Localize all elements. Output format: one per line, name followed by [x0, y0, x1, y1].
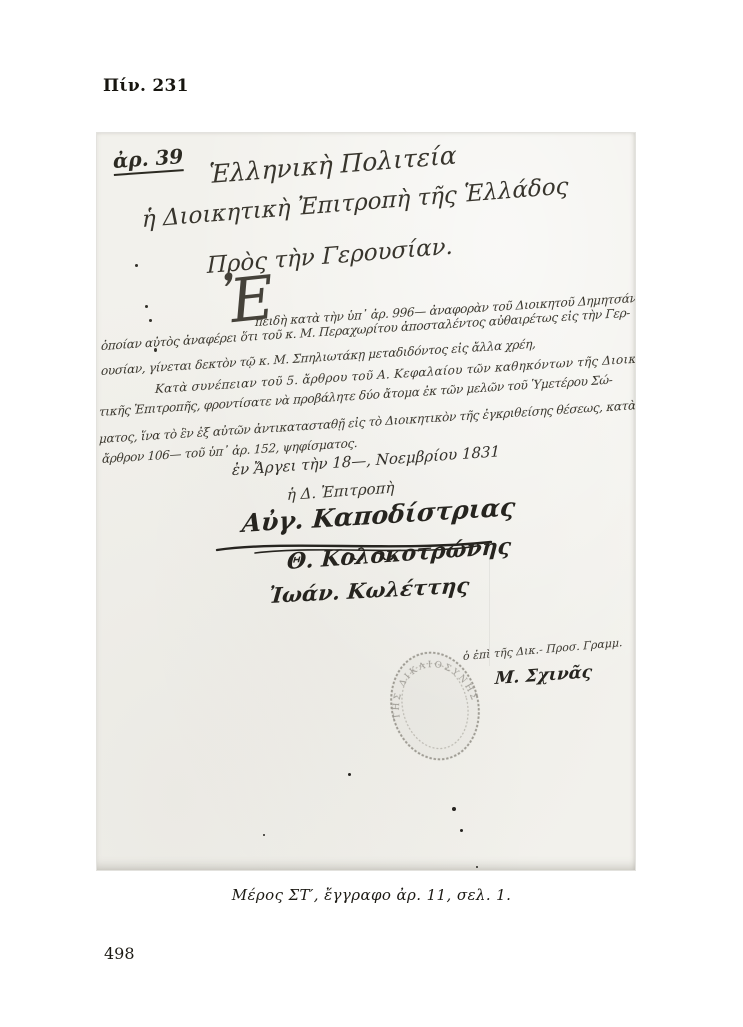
letterhead-committee: ἡ Διοικητικὴ Ἐπιτροπὴ τῆς Ἑλλάδος: [142, 173, 569, 233]
book-page: Πίν. 231 ἀρ. 39 Ἑλληνικὴ Πολιτεία ἡ Διοι…: [0, 0, 743, 1027]
margin-dot: [149, 319, 152, 322]
ink-speck: [452, 807, 456, 811]
page-number: 498: [104, 944, 135, 963]
doc-number: ἀρ. 39: [112, 144, 184, 176]
ink-speck: [460, 829, 463, 832]
ink-speck: [348, 773, 351, 776]
paper-crease: [489, 541, 490, 666]
plate-label: Πίν. 231: [103, 76, 189, 96]
margin-dot: [154, 348, 157, 352]
signature-kapodistrias: Αὐγ. Καποδίστριας: [241, 492, 517, 538]
margin-dot: [135, 264, 138, 267]
letterhead-state: Ἑλληνικὴ Πολιτεία: [209, 140, 457, 189]
figure-caption: Μέρος ΣΤ′, ἔγγραφο ἀρ. 11, σελ. 1.: [0, 886, 743, 904]
secretary-note: ὁ ἐπὶ τῆς Δικ.- Προσ. Γραμμ.: [463, 636, 622, 663]
ink-speck: [476, 866, 478, 868]
secretary-signature: Μ. Σχινᾶς: [494, 662, 592, 689]
ink-speck: [263, 834, 265, 836]
signature-kolettis: Ἰωάν. Κωλέττης: [268, 572, 471, 608]
scanned-document: ἀρ. 39 Ἑλληνικὴ Πολιτεία ἡ Διοικητικὴ Ἐπ…: [97, 133, 635, 870]
margin-dot: [145, 305, 148, 308]
